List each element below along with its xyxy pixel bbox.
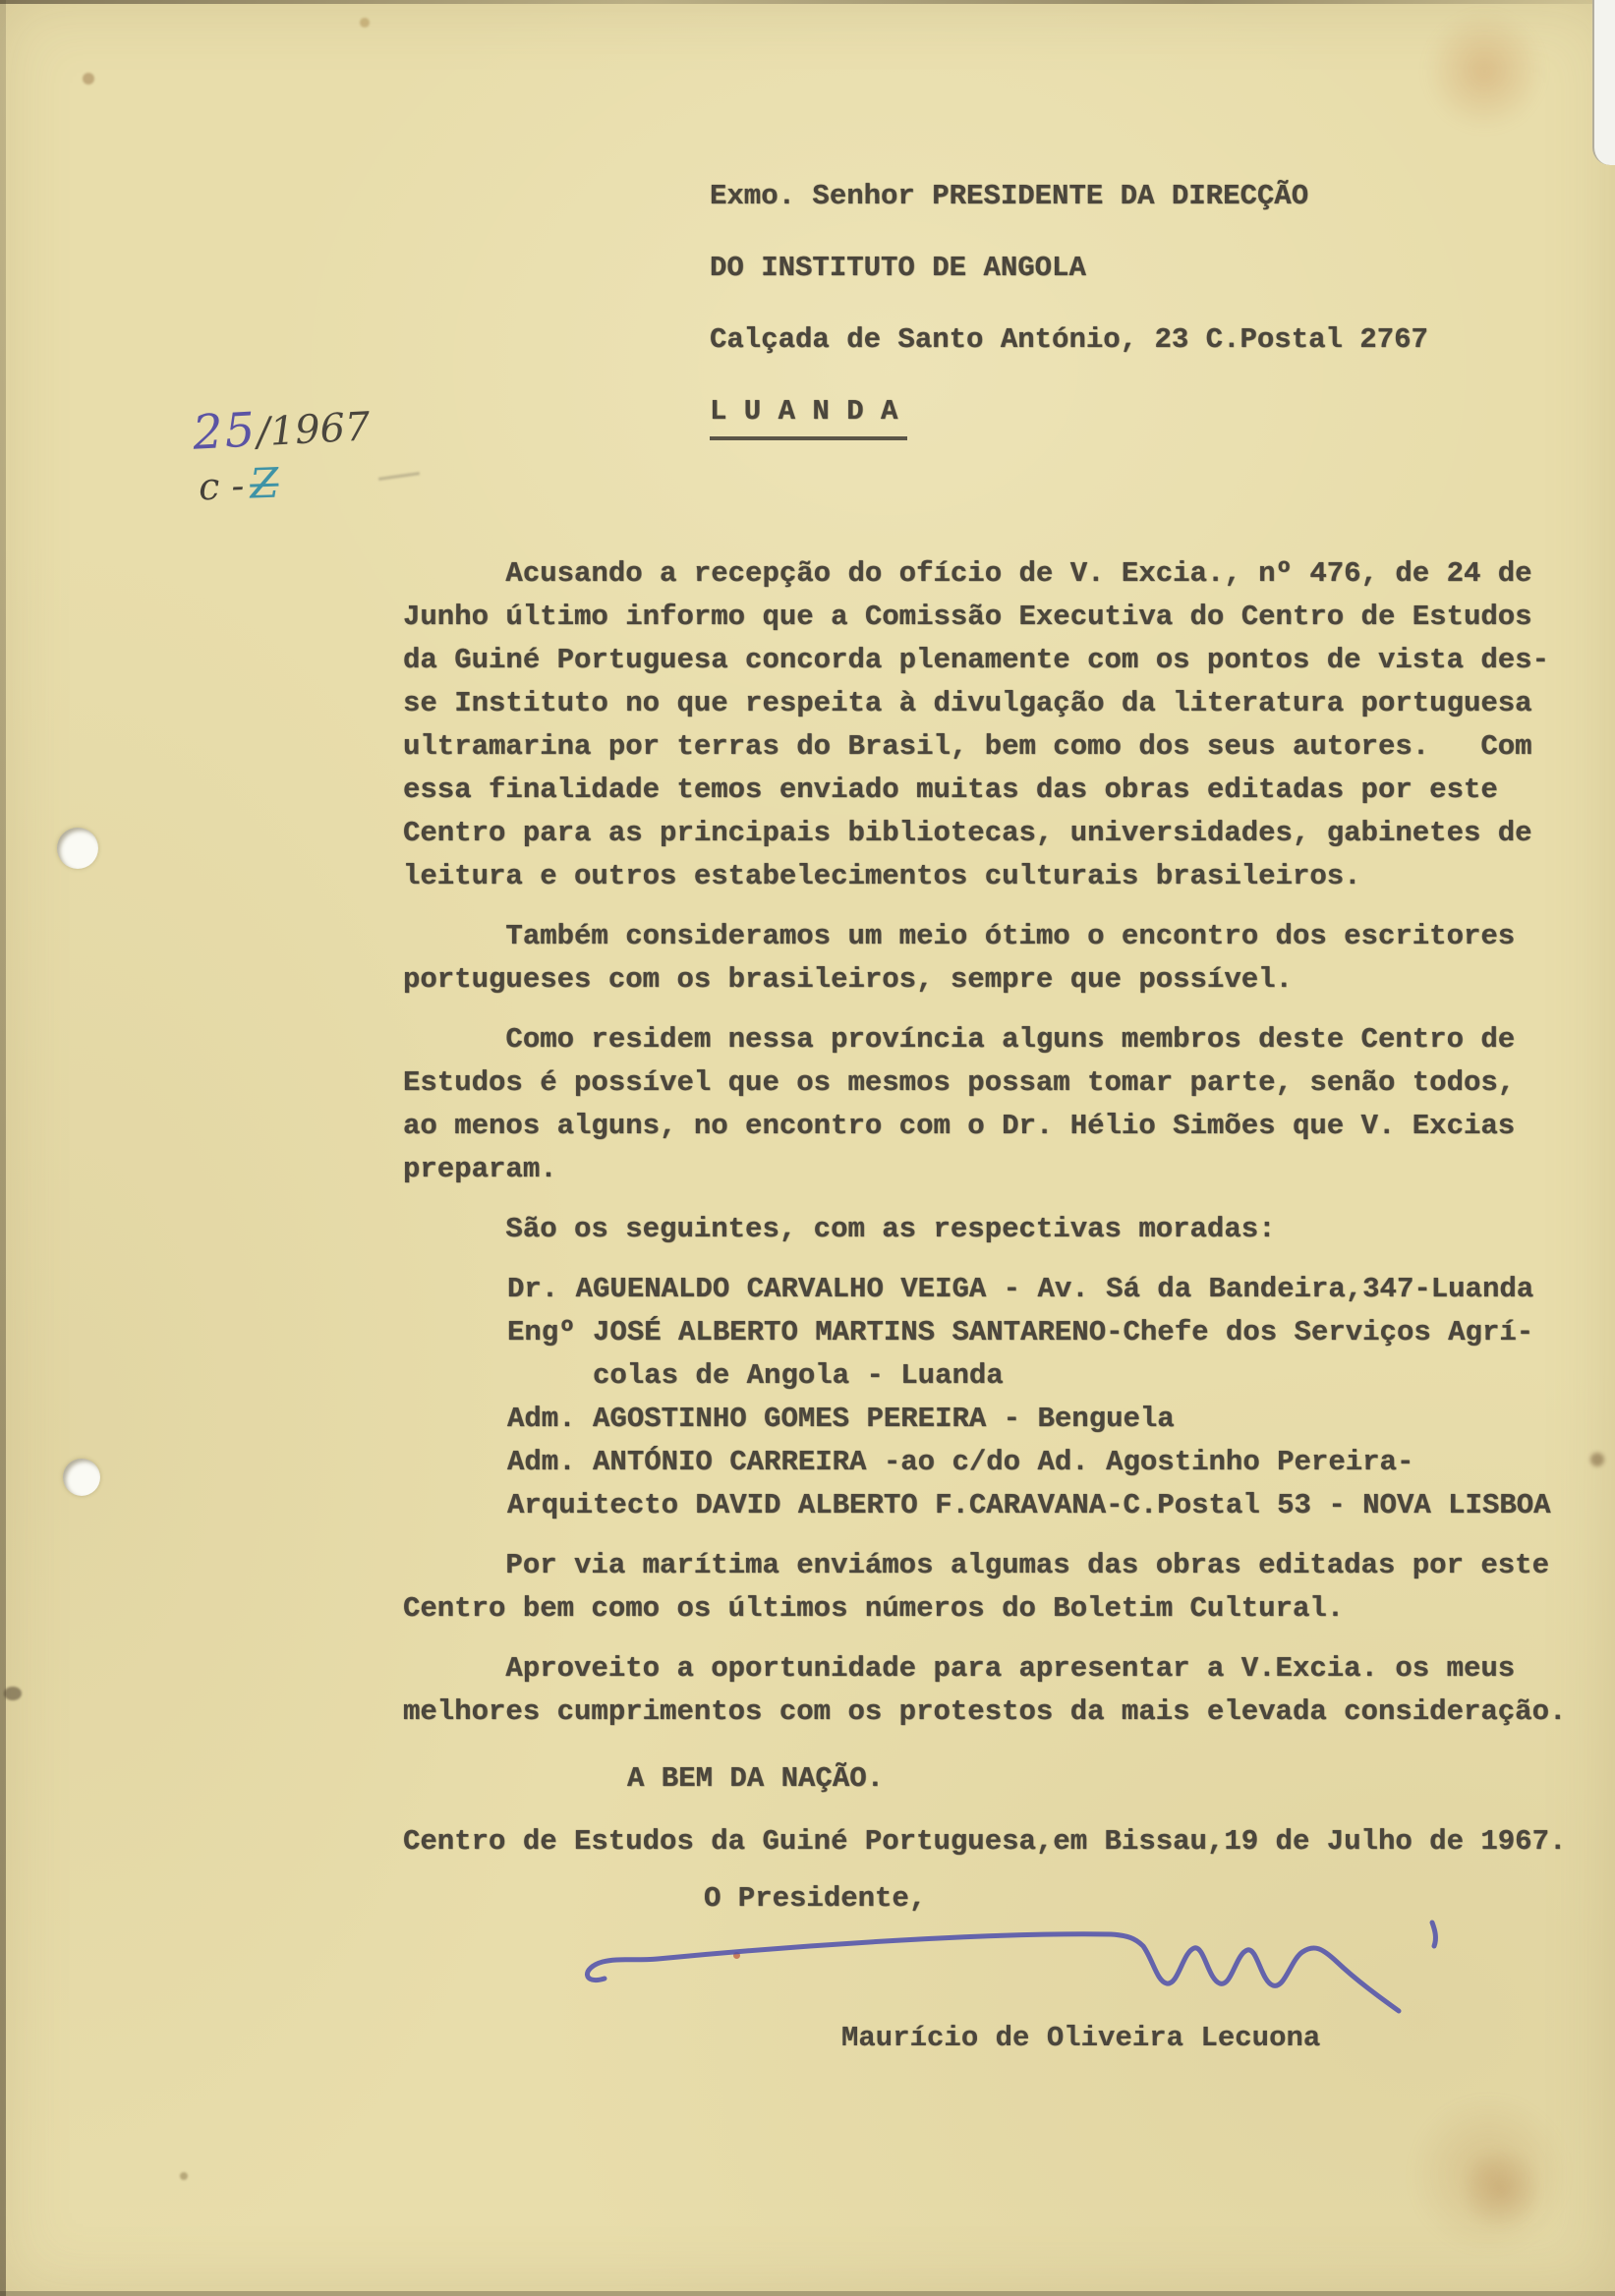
recipient-block: Exmo. Senhor PRESIDENTE DA DIRECÇÃO DO I… (710, 175, 1428, 469)
paragraph-1: Acusando a recepção do ofício de V. Exci… (403, 552, 1578, 898)
text-line: da Guiné Portuguesa concorda plenamente … (403, 639, 1578, 682)
paragraph-3: Como residem nessa província alguns memb… (403, 1018, 1578, 1191)
registry-year-handwritten: /1967 (256, 404, 372, 455)
scan-bottom-edge (0, 2291, 1615, 2296)
punch-hole (63, 1459, 100, 1496)
closing-motto: A BEM DA NAÇÃO. (627, 1757, 1578, 1801)
text-line: leitura e outros estabelecimentos cultur… (403, 855, 1578, 898)
scan-left-edge (0, 0, 6, 2296)
scanned-letter-page: Exmo. Senhor PRESIDENTE DA DIRECÇÃO DO I… (0, 0, 1615, 2296)
recipient-title: Exmo. Senhor PRESIDENTE DA DIRECÇÃO (710, 175, 1428, 218)
paper-speck (83, 73, 94, 85)
text-line: Centro para as principais bibliotecas, u… (403, 812, 1578, 855)
text-line: preparam. (403, 1148, 1578, 1191)
text-line: Por via marítima enviámos algumas das ob… (403, 1544, 1578, 1587)
text-line: Acusando a recepção do ofício de V. Exci… (403, 552, 1578, 596)
registry-series-letter: Z (249, 459, 279, 508)
punch-hole (57, 828, 98, 869)
text-line: essa finalidade temos enviado muitas das… (403, 769, 1578, 812)
text-line: Dr. AGUENALDO CARVALHO VEIGA - Av. Sá da… (507, 1268, 1578, 1311)
addressees-intro: São os seguintes, com as respectivas mor… (403, 1208, 1578, 1251)
paper-speck (360, 18, 370, 28)
text-line: ultramarina por terras do Brasil, bem co… (403, 725, 1578, 769)
text-line: melhores cumprimentos com os protestos d… (403, 1691, 1578, 1734)
registry-series-prefix: c - (198, 464, 245, 509)
paragraph-2: Também consideramos um meio ótimo o enco… (403, 915, 1578, 1002)
recipient-city-underlined: L U A N D A (710, 390, 907, 440)
scan-top-edge (0, 0, 1594, 4)
text-line: Também consideramos um meio ótimo o enco… (403, 915, 1578, 958)
paragraph-5: Por via marítima enviámos algumas das ob… (403, 1544, 1578, 1631)
paper-speck (1590, 1453, 1604, 1466)
text-line: ao menos alguns, no encontro com o Dr. H… (403, 1105, 1578, 1148)
paper-speck (180, 2172, 188, 2180)
text-line: se Instituto no que respeita à divulgaçã… (403, 682, 1578, 725)
closing-dateline: Centro de Estudos da Guiné Portuguesa,em… (403, 1820, 1578, 1864)
recipient-city: L U A N D A (710, 390, 1428, 440)
recipient-institution: DO INSTITUTO DE ANGOLA (710, 247, 1428, 290)
text-line: colas de Angola - Luanda (507, 1354, 1578, 1398)
text-line: Aproveito a oportunidade para apresentar… (403, 1647, 1578, 1691)
recipient-street-address: Calçada de Santo António, 23 C.Postal 27… (710, 318, 1428, 362)
letter-body: Acusando a recepção do ofício de V. Exci… (403, 552, 1578, 1921)
registry-annotation: 25/1967 (192, 396, 372, 460)
registry-series-annotation: c -Z (198, 459, 279, 510)
text-line: Engº JOSÉ ALBERTO MARTINS SANTARENO-Chef… (507, 1311, 1578, 1354)
text-line: Adm. AGOSTINHO GOMES PEREIRA - Benguela (507, 1398, 1578, 1441)
scanner-background-sliver (1592, 0, 1615, 165)
pencil-mark (378, 472, 420, 481)
paragraph-6: Aproveito a oportunidade para apresentar… (403, 1647, 1578, 1734)
signatory-name: Maurício de Oliveira Lecuona (841, 2017, 1320, 2060)
text-line: Arquitecto DAVID ALBERTO F.CARAVANA-C.Po… (507, 1484, 1578, 1527)
text-line: Centro bem como os últimos números do Bo… (403, 1587, 1578, 1631)
text-line: Como residem nessa província alguns memb… (403, 1018, 1578, 1062)
text-line: Adm. ANTÓNIO CARREIRA -ao c/do Ad. Agost… (507, 1441, 1578, 1484)
text-line: Junho último informo que a Comissão Exec… (403, 596, 1578, 639)
stain-bottom-right-inner (1465, 2143, 1538, 2236)
text-line: portugueses com os brasileiros, sempre q… (403, 958, 1578, 1002)
stain-top-right (1423, 12, 1546, 130)
paper-speck (4, 1687, 22, 1700)
registry-number-handwritten: 25 (192, 402, 259, 460)
text-line: Estudos é possível que os mesmos possam … (403, 1062, 1578, 1105)
addressees-list: Dr. AGUENALDO CARVALHO VEIGA - Av. Sá da… (507, 1268, 1578, 1527)
